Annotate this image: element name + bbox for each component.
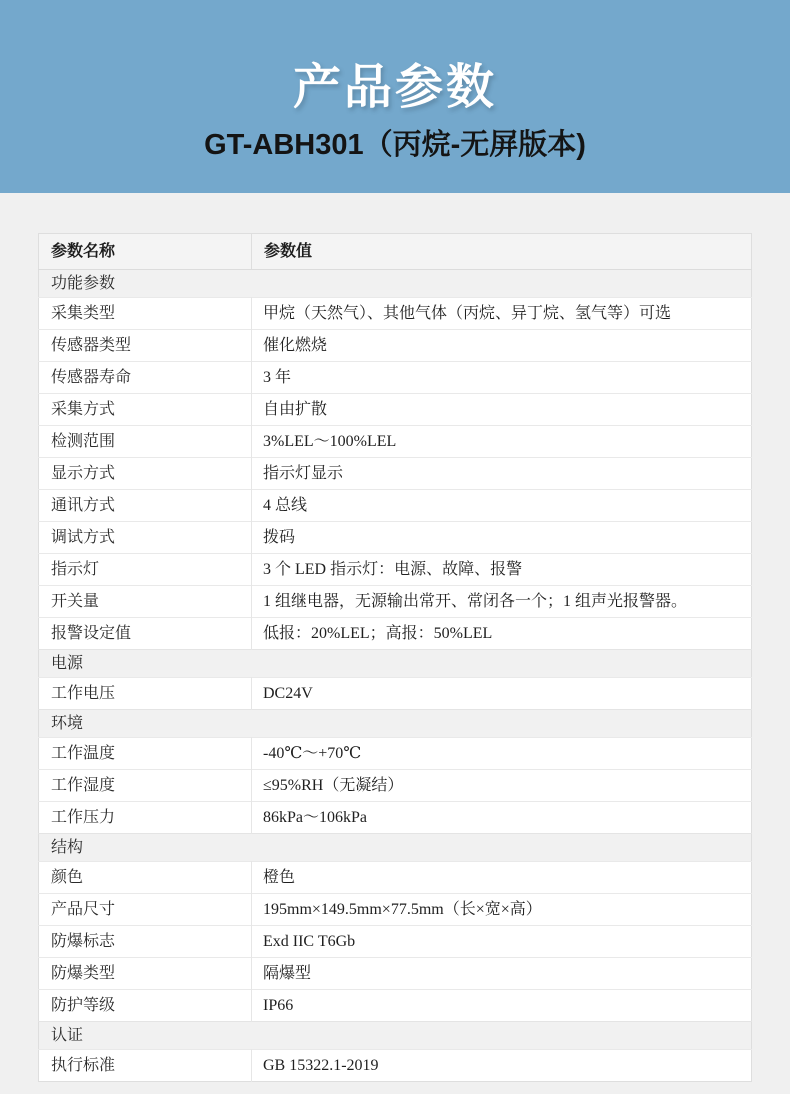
parameter-name: 产品尺寸 — [39, 894, 252, 926]
column-header-parameter-name: 参数名称 — [39, 234, 252, 270]
table-row: 传感器寿命3 年 — [39, 362, 752, 394]
parameter-value: 催化燃烧 — [252, 330, 752, 362]
column-header-parameter-value: 参数值 — [252, 234, 752, 270]
table-row: 显示方式指示灯显示 — [39, 458, 752, 490]
parameter-name: 采集类型 — [39, 298, 252, 330]
parameter-name: 执行标准 — [39, 1050, 252, 1082]
table-row: 指示灯3 个 LED 指示灯：电源、故障、报警 — [39, 554, 752, 586]
parameter-value: 甲烷（天然气）、其他气体（丙烷、异丁烷、氢气等）可选 — [252, 298, 752, 330]
parameter-value: GB 15322.1-2019 — [252, 1050, 752, 1082]
table-row: 执行标准GB 15322.1-2019 — [39, 1050, 752, 1082]
parameter-value: 1 组继电器，无源输出常开、常闭各一个；1 组声光报警器。 — [252, 586, 752, 618]
parameter-value: 拨码 — [252, 522, 752, 554]
section-row: 功能参数 — [39, 270, 752, 298]
table-row: 防爆类型隔爆型 — [39, 958, 752, 990]
spec-table-body: 功能参数采集类型甲烷（天然气）、其他气体（丙烷、异丁烷、氢气等）可选传感器类型催… — [39, 270, 752, 1082]
section-row: 电源 — [39, 650, 752, 678]
parameter-value: ≤95%RH（无凝结） — [252, 770, 752, 802]
table-row: 防爆标志Exd IIC T6Gb — [39, 926, 752, 958]
parameter-name: 显示方式 — [39, 458, 252, 490]
parameter-value: 3 个 LED 指示灯：电源、故障、报警 — [252, 554, 752, 586]
table-row: 工作压力86kPa～106kPa — [39, 802, 752, 834]
hero-banner: 产品参数 GT-ABH301（丙烷-无屏版本) — [0, 0, 790, 193]
table-row: 传感器类型催化燃烧 — [39, 330, 752, 362]
table-row: 产品尺寸195mm×149.5mm×77.5mm（长×宽×高） — [39, 894, 752, 926]
table-row: 工作温度-40℃～+70℃ — [39, 738, 752, 770]
parameter-name: 调试方式 — [39, 522, 252, 554]
parameter-value: 86kPa～106kPa — [252, 802, 752, 834]
parameter-name: 通讯方式 — [39, 490, 252, 522]
parameter-value: IP66 — [252, 990, 752, 1022]
parameter-name: 防爆标志 — [39, 926, 252, 958]
product-parameters-page: 产品参数 GT-ABH301（丙烷-无屏版本) 参数名称 参数值 功能参数采集类… — [0, 0, 790, 1094]
parameter-value: 低报：20%LEL；高报：50%LEL — [252, 618, 752, 650]
parameter-name: 防爆类型 — [39, 958, 252, 990]
section-label: 认证 — [39, 1022, 752, 1050]
table-row: 报警设定值低报：20%LEL；高报：50%LEL — [39, 618, 752, 650]
parameter-name: 工作湿度 — [39, 770, 252, 802]
section-label: 环境 — [39, 710, 752, 738]
spec-table-container: 参数名称 参数值 功能参数采集类型甲烷（天然气）、其他气体（丙烷、异丁烷、氢气等… — [0, 193, 790, 1082]
parameter-value: -40℃～+70℃ — [252, 738, 752, 770]
table-row: 采集类型甲烷（天然气）、其他气体（丙烷、异丁烷、氢气等）可选 — [39, 298, 752, 330]
table-row: 调试方式拨码 — [39, 522, 752, 554]
table-row: 通讯方式4 总线 — [39, 490, 752, 522]
header-row: 参数名称 参数值 — [39, 234, 752, 270]
parameter-name: 报警设定值 — [39, 618, 252, 650]
parameter-value: 4 总线 — [252, 490, 752, 522]
section-label: 结构 — [39, 834, 752, 862]
parameter-value: 指示灯显示 — [252, 458, 752, 490]
product-model-subtitle: GT-ABH301（丙烷-无屏版本) — [0, 130, 790, 160]
parameter-name: 开关量 — [39, 586, 252, 618]
parameter-name: 检测范围 — [39, 426, 252, 458]
parameter-value: 橙色 — [252, 862, 752, 894]
parameter-value: Exd IIC T6Gb — [252, 926, 752, 958]
parameter-value: 3%LEL～100%LEL — [252, 426, 752, 458]
parameter-name: 颜色 — [39, 862, 252, 894]
table-row: 采集方式自由扩散 — [39, 394, 752, 426]
table-row: 颜色橙色 — [39, 862, 752, 894]
parameter-name: 传感器寿命 — [39, 362, 252, 394]
page-title: 产品参数 — [0, 0, 790, 114]
parameter-value: 隔爆型 — [252, 958, 752, 990]
table-row: 开关量1 组继电器，无源输出常开、常闭各一个；1 组声光报警器。 — [39, 586, 752, 618]
parameter-name: 传感器类型 — [39, 330, 252, 362]
table-row: 防护等级IP66 — [39, 990, 752, 1022]
table-row: 工作湿度≤95%RH（无凝结） — [39, 770, 752, 802]
parameter-value: 3 年 — [252, 362, 752, 394]
table-row: 工作电压DC24V — [39, 678, 752, 710]
section-row: 环境 — [39, 710, 752, 738]
section-row: 结构 — [39, 834, 752, 862]
table-row: 检测范围3%LEL～100%LEL — [39, 426, 752, 458]
parameter-value: 195mm×149.5mm×77.5mm（长×宽×高） — [252, 894, 752, 926]
section-label: 电源 — [39, 650, 752, 678]
parameter-name: 指示灯 — [39, 554, 252, 586]
parameter-value: DC24V — [252, 678, 752, 710]
parameter-name: 工作压力 — [39, 802, 252, 834]
spec-table-header: 参数名称 参数值 — [39, 234, 752, 270]
parameter-name: 防护等级 — [39, 990, 252, 1022]
parameter-value: 自由扩散 — [252, 394, 752, 426]
parameter-name: 采集方式 — [39, 394, 252, 426]
parameter-name: 工作电压 — [39, 678, 252, 710]
parameter-name: 工作温度 — [39, 738, 252, 770]
spec-table: 参数名称 参数值 功能参数采集类型甲烷（天然气）、其他气体（丙烷、异丁烷、氢气等… — [38, 233, 752, 1082]
section-label: 功能参数 — [39, 270, 752, 298]
section-row: 认证 — [39, 1022, 752, 1050]
